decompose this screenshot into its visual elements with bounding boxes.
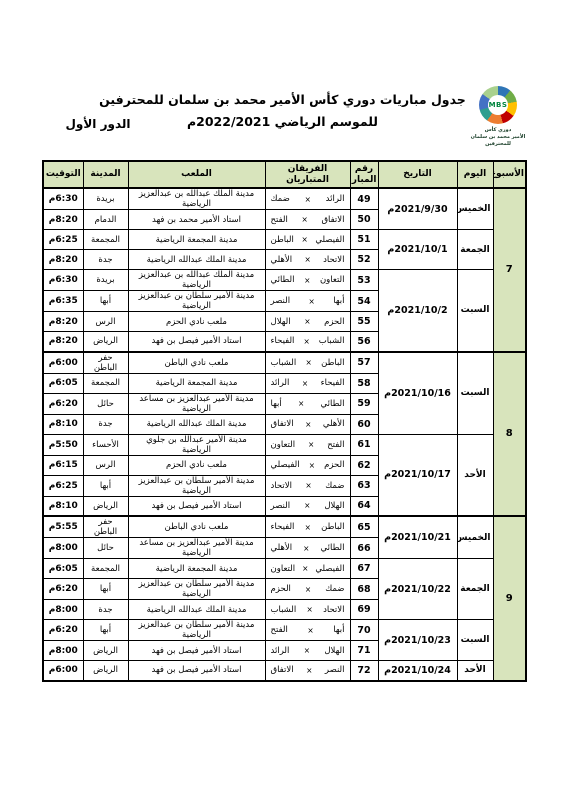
away-team: الفيصلي (271, 460, 300, 470)
week-number-cell: 9 (493, 516, 526, 681)
match-number-cell: 61 (350, 434, 378, 455)
home-team: الرائد (326, 194, 345, 204)
match-number-cell: 69 (350, 600, 378, 620)
schedule-body: 7الخميس2021/9/30م49الرائد×ضمكمدينة الملك… (43, 188, 526, 681)
away-team: التعاون (271, 440, 296, 450)
city-cell: المجمعة (83, 373, 128, 393)
vs-separator: × (309, 461, 315, 470)
vs-separator: × (302, 379, 308, 388)
away-team: أبها (271, 399, 282, 409)
week-number-cell: 8 (493, 352, 526, 517)
time-cell: 6:35م (43, 291, 83, 312)
time-cell: 8:10م (43, 496, 83, 516)
match-number-cell: 71 (350, 641, 378, 661)
vs-separator: × (305, 585, 311, 594)
home-team: أبها (333, 296, 344, 306)
vs-separator: × (309, 297, 315, 306)
home-team: الاتفاق (321, 215, 344, 225)
header-date: التاريخ (378, 161, 457, 188)
home-team: أبها (333, 625, 344, 635)
home-team: الفيحاء (321, 378, 345, 388)
teams-cell: ضمك×الحزم (265, 579, 350, 600)
home-team: الطائي (321, 399, 345, 409)
date-cell: 2021/10/2م (378, 270, 457, 352)
date-cell: 2021/10/24م (378, 661, 457, 681)
away-team: النصر (271, 296, 291, 306)
away-team: ضمك (271, 194, 290, 204)
week-number-cell: 7 (493, 188, 526, 352)
home-team: ضمك (325, 584, 344, 594)
header-week: الأسبوع (493, 161, 526, 188)
stadium-cell: مدينة الأمير عبدالله بن جلوي الرياضية (128, 434, 265, 455)
time-cell: 6:20م (43, 620, 83, 641)
away-team: النصر (271, 501, 291, 511)
home-team: النصر (325, 665, 345, 675)
vs-separator: × (305, 523, 311, 532)
away-team: التعاون (271, 564, 296, 574)
document-page: MBS دوري كأس الأمير محمد بن سلمان للمحتر… (0, 0, 565, 800)
day-cell: السبت (457, 352, 493, 435)
logo-caption-line2: الأمير محمد بن سلمان (468, 134, 528, 141)
stadium-cell: استاد الأمير فيصل بن فهد (128, 661, 265, 681)
teams-cell: الاتحاد×الأهلي (265, 250, 350, 270)
home-team: الطائي (321, 543, 345, 553)
match-number-cell: 50 (350, 210, 378, 230)
time-cell: 6:00م (43, 352, 83, 374)
home-team: الباطن (321, 522, 344, 532)
city-cell: أبها (83, 475, 128, 496)
match-row: الجمعة2021/10/1م51الفيصلي×الباطنمدينة ال… (43, 230, 526, 250)
schedule-table: الأسبوع اليوم التاريخ رقم المباراة الفري… (42, 160, 527, 682)
match-number-cell: 67 (350, 559, 378, 579)
vs-separator: × (305, 481, 311, 490)
stadium-cell: مدينة الملك عبدالله الرياضية (128, 600, 265, 620)
city-cell: أبها (83, 291, 128, 312)
home-team: الحزم (324, 460, 344, 470)
day-cell: السبت (457, 620, 493, 661)
vs-separator: × (302, 564, 308, 573)
stadium-cell: مدينة الأمير سلطان بن عبدالعزيز الرياضية (128, 475, 265, 496)
city-cell: بريدة (83, 188, 128, 210)
away-team: الرائد (271, 378, 290, 388)
stadium-cell: ملعب نادي الحزم (128, 312, 265, 332)
date-cell: 2021/9/30م (378, 188, 457, 230)
away-team: الطائي (271, 275, 295, 285)
time-cell: 6:20م (43, 393, 83, 414)
stadium-cell: مدينة المجمعة الرياضية (128, 373, 265, 393)
match-row: 8السبت2021/10/16م57الباطن×الشبابملعب ناد… (43, 352, 526, 374)
teams-cell: الطائي×أبها (265, 393, 350, 414)
away-team: الشباب (271, 605, 297, 615)
day-cell: الخميس (457, 188, 493, 230)
day-cell: الخميس (457, 516, 493, 559)
away-team: الفيحاء (271, 522, 295, 532)
away-team: الاتحاد (271, 481, 292, 491)
time-cell: 6:20م (43, 579, 83, 600)
day-cell: الأحد (457, 661, 493, 681)
home-team: الاتحاد (323, 605, 344, 615)
city-cell: الرس (83, 312, 128, 332)
header-stadium: الملعب (128, 161, 265, 188)
time-cell: 8:20م (43, 250, 83, 270)
away-team: الفيحاء (271, 336, 295, 346)
match-number-cell: 63 (350, 475, 378, 496)
city-cell: أبها (83, 579, 128, 600)
match-number-cell: 51 (350, 230, 378, 250)
teams-cell: الرائد×ضمك (265, 188, 350, 210)
time-cell: 8:00م (43, 538, 83, 559)
round-label: الدور الأول (58, 117, 138, 131)
away-team: الرائد (271, 646, 290, 656)
header-teams: الفريقان المتباريان (265, 161, 350, 188)
header-city: المدينة (83, 161, 128, 188)
time-cell: 5:50م (43, 434, 83, 455)
teams-cell: الفيصلي×الباطن (265, 230, 350, 250)
vs-separator: × (298, 399, 304, 408)
stadium-cell: استاد الأمير فيصل بن فهد (128, 496, 265, 516)
vs-separator: × (307, 626, 313, 635)
vs-separator: × (303, 337, 309, 346)
home-team: الهلال (324, 501, 344, 511)
city-cell: حائل (83, 538, 128, 559)
title-line1: جدول مباريات دوري كأس الأمير محمد بن سلم… (0, 92, 565, 107)
vs-separator: × (304, 501, 310, 510)
city-cell: جدة (83, 600, 128, 620)
match-number-cell: 52 (350, 250, 378, 270)
home-team: التعاون (320, 275, 345, 285)
away-team: الاتفاق (271, 419, 294, 429)
stadium-cell: مدينة الأمير عبدالعزيز بن مساعد الرياضية (128, 538, 265, 559)
home-team: الفتح (327, 440, 344, 450)
teams-cell: ضمك×الاتحاد (265, 475, 350, 496)
home-team: الفيصلي (315, 564, 344, 574)
stadium-cell: مدينة المجمعة الرياضية (128, 559, 265, 579)
home-team: ضمك (325, 481, 344, 491)
away-team: الأهلي (271, 543, 293, 553)
match-number-cell: 57 (350, 352, 378, 374)
vs-separator: × (306, 666, 312, 675)
teams-cell: الشباب×الفيحاء (265, 332, 350, 352)
home-team: الهلال (324, 646, 344, 656)
vs-separator: × (304, 276, 310, 285)
stadium-cell: مدينة الأمير عبدالعزيز بن مساعد الرياضية (128, 393, 265, 414)
teams-cell: الباطن×الشباب (265, 352, 350, 374)
date-cell: 2021/10/17م (378, 434, 457, 516)
time-cell: 6:05م (43, 559, 83, 579)
city-cell: الدمام (83, 210, 128, 230)
match-number-cell: 56 (350, 332, 378, 352)
schedule-table-wrap: الأسبوع اليوم التاريخ رقم المباراة الفري… (42, 160, 527, 682)
day-cell: السبت (457, 270, 493, 352)
away-team: الفتح (271, 215, 288, 225)
teams-cell: الفيصلي×التعاون (265, 559, 350, 579)
stadium-cell: مدينة الأمير سلطان بن عبدالعزيز الرياضية (128, 579, 265, 600)
home-team: الحزم (324, 317, 344, 327)
header-day: اليوم (457, 161, 493, 188)
city-cell: جدة (83, 250, 128, 270)
away-team: الشباب (271, 358, 297, 368)
day-cell: الأحد (457, 434, 493, 516)
time-cell: 6:30م (43, 270, 83, 291)
stadium-cell: استاد الأمير محمد بن فهد (128, 210, 265, 230)
vs-separator: × (306, 605, 312, 614)
stadium-cell: مدينة الملك عبدالله بن عبدالعزيز الرياضي… (128, 188, 265, 210)
match-number-cell: 68 (350, 579, 378, 600)
match-number-cell: 72 (350, 661, 378, 681)
match-number-cell: 58 (350, 373, 378, 393)
match-number-cell: 60 (350, 414, 378, 434)
away-team: الاتفاق (271, 665, 294, 675)
time-cell: 6:15م (43, 455, 83, 475)
logo-caption: دوري كأس الأمير محمد بن سلمان للمحترفين (468, 127, 528, 147)
vs-separator: × (301, 215, 307, 224)
city-cell: الرياض (83, 496, 128, 516)
match-number-cell: 53 (350, 270, 378, 291)
time-cell: 6:25م (43, 475, 83, 496)
time-cell: 6:25م (43, 230, 83, 250)
vs-separator: × (306, 358, 312, 367)
match-number-cell: 54 (350, 291, 378, 312)
vs-separator: × (305, 420, 311, 429)
teams-cell: أبها×النصر (265, 291, 350, 312)
home-team: الأهلي (323, 419, 345, 429)
stadium-cell: ملعب نادي الحزم (128, 455, 265, 475)
stadium-cell: مدينة الملك عبدالله الرياضية (128, 414, 265, 434)
teams-cell: الهلال×النصر (265, 496, 350, 516)
match-number-cell: 66 (350, 538, 378, 559)
city-cell: المجمعة (83, 230, 128, 250)
time-cell: 8:00م (43, 641, 83, 661)
stadium-cell: ملعب نادي الباطن (128, 352, 265, 374)
stadium-cell: مدينة المجمعة الرياضية (128, 230, 265, 250)
away-team: الباطن (271, 235, 294, 245)
city-cell: حائل (83, 393, 128, 414)
home-team: الفيصلي (315, 235, 344, 245)
stadium-cell: مدينة الأمير سلطان بن عبدالعزيز الرياضية (128, 291, 265, 312)
teams-cell: الاتحاد×الشباب (265, 600, 350, 620)
teams-cell: الباطن×الفيحاء (265, 516, 350, 538)
vs-separator: × (304, 317, 310, 326)
teams-cell: الحزم×الفيصلي (265, 455, 350, 475)
day-cell: الجمعة (457, 230, 493, 270)
time-cell: 8:00م (43, 600, 83, 620)
teams-cell: الفيحاء×الرائد (265, 373, 350, 393)
time-cell: 5:55م (43, 516, 83, 538)
away-team: الفتح (271, 625, 288, 635)
away-team: الهلال (271, 317, 291, 327)
match-number-cell: 62 (350, 455, 378, 475)
city-cell: حفر الباطن (83, 352, 128, 374)
city-cell: الأحساء (83, 434, 128, 455)
away-team: الحزم (271, 584, 291, 594)
home-team: الشباب (319, 336, 345, 346)
stadium-cell: مدينة الملك عبدالله الرياضية (128, 250, 265, 270)
stadium-cell: استاد الأمير فيصل بن فهد (128, 641, 265, 661)
header-time: التوقيت (43, 161, 83, 188)
teams-cell: أبها×الفتح (265, 620, 350, 641)
teams-cell: الفتح×التعاون (265, 434, 350, 455)
day-cell: الجمعة (457, 559, 493, 620)
time-cell: 8:10م (43, 414, 83, 434)
match-number-cell: 65 (350, 516, 378, 538)
stadium-cell: مدينة الأمير سلطان بن عبدالعزيز الرياضية (128, 620, 265, 641)
match-row: الجمعة2021/10/22م67الفيصلي×التعاونمدينة … (43, 559, 526, 579)
vs-separator: × (308, 440, 314, 449)
date-cell: 2021/10/1م (378, 230, 457, 270)
vs-separator: × (303, 544, 309, 553)
teams-cell: الحزم×الهلال (265, 312, 350, 332)
match-number-cell: 59 (350, 393, 378, 414)
vs-separator: × (305, 195, 311, 204)
city-cell: الرياض (83, 661, 128, 681)
home-team: الاتحاد (323, 255, 344, 265)
match-number-cell: 49 (350, 188, 378, 210)
stadium-cell: مدينة الملك عبدالله بن عبدالعزيز الرياضي… (128, 270, 265, 291)
time-cell: 8:20م (43, 312, 83, 332)
city-cell: أبها (83, 620, 128, 641)
city-cell: الرياض (83, 641, 128, 661)
vs-separator: × (304, 255, 310, 264)
city-cell: الرياض (83, 332, 128, 352)
vs-separator: × (301, 235, 307, 244)
date-cell: 2021/10/21م (378, 516, 457, 559)
header-match-no: رقم المباراة (350, 161, 378, 188)
match-number-cell: 70 (350, 620, 378, 641)
match-row: السبت2021/10/2م53التعاون×الطائيمدينة الم… (43, 270, 526, 291)
date-cell: 2021/10/16م (378, 352, 457, 435)
time-cell: 6:00م (43, 661, 83, 681)
stadium-cell: استاد الأمير فيصل بن فهد (128, 332, 265, 352)
time-cell: 8:20م (43, 332, 83, 352)
city-cell: المجمعة (83, 559, 128, 579)
header-row: الأسبوع اليوم التاريخ رقم المباراة الفري… (43, 161, 526, 188)
vs-separator: × (304, 646, 310, 655)
match-row: 9الخميس2021/10/21م65الباطن×الفيحاءملعب ن… (43, 516, 526, 538)
teams-cell: الهلال×الرائد (265, 641, 350, 661)
date-cell: 2021/10/22م (378, 559, 457, 620)
match-number-cell: 64 (350, 496, 378, 516)
match-row: الأحد2021/10/24م72النصر×الاتفاقاستاد الأ… (43, 661, 526, 681)
teams-cell: الأهلي×الاتفاق (265, 414, 350, 434)
teams-cell: الطائي×الأهلي (265, 538, 350, 559)
time-cell: 6:30م (43, 188, 83, 210)
stadium-cell: ملعب نادي الباطن (128, 516, 265, 538)
match-row: الأحد2021/10/17م61الفتح×التعاونمدينة الأ… (43, 434, 526, 455)
teams-cell: الاتفاق×الفتح (265, 210, 350, 230)
time-cell: 6:05م (43, 373, 83, 393)
time-cell: 8:20م (43, 210, 83, 230)
city-cell: جدة (83, 414, 128, 434)
teams-cell: النصر×الاتفاق (265, 661, 350, 681)
home-team: الباطن (321, 358, 344, 368)
match-number-cell: 55 (350, 312, 378, 332)
city-cell: حفر الباطن (83, 516, 128, 538)
logo-caption-line3: للمحترفين (468, 141, 528, 148)
city-cell: بريدة (83, 270, 128, 291)
date-cell: 2021/10/23م (378, 620, 457, 661)
city-cell: الرس (83, 455, 128, 475)
teams-cell: التعاون×الطائي (265, 270, 350, 291)
match-row: السبت2021/10/23م70أبها×الفتحمدينة الأمير… (43, 620, 526, 641)
match-row: 7الخميس2021/9/30م49الرائد×ضمكمدينة الملك… (43, 188, 526, 210)
away-team: الأهلي (271, 255, 293, 265)
